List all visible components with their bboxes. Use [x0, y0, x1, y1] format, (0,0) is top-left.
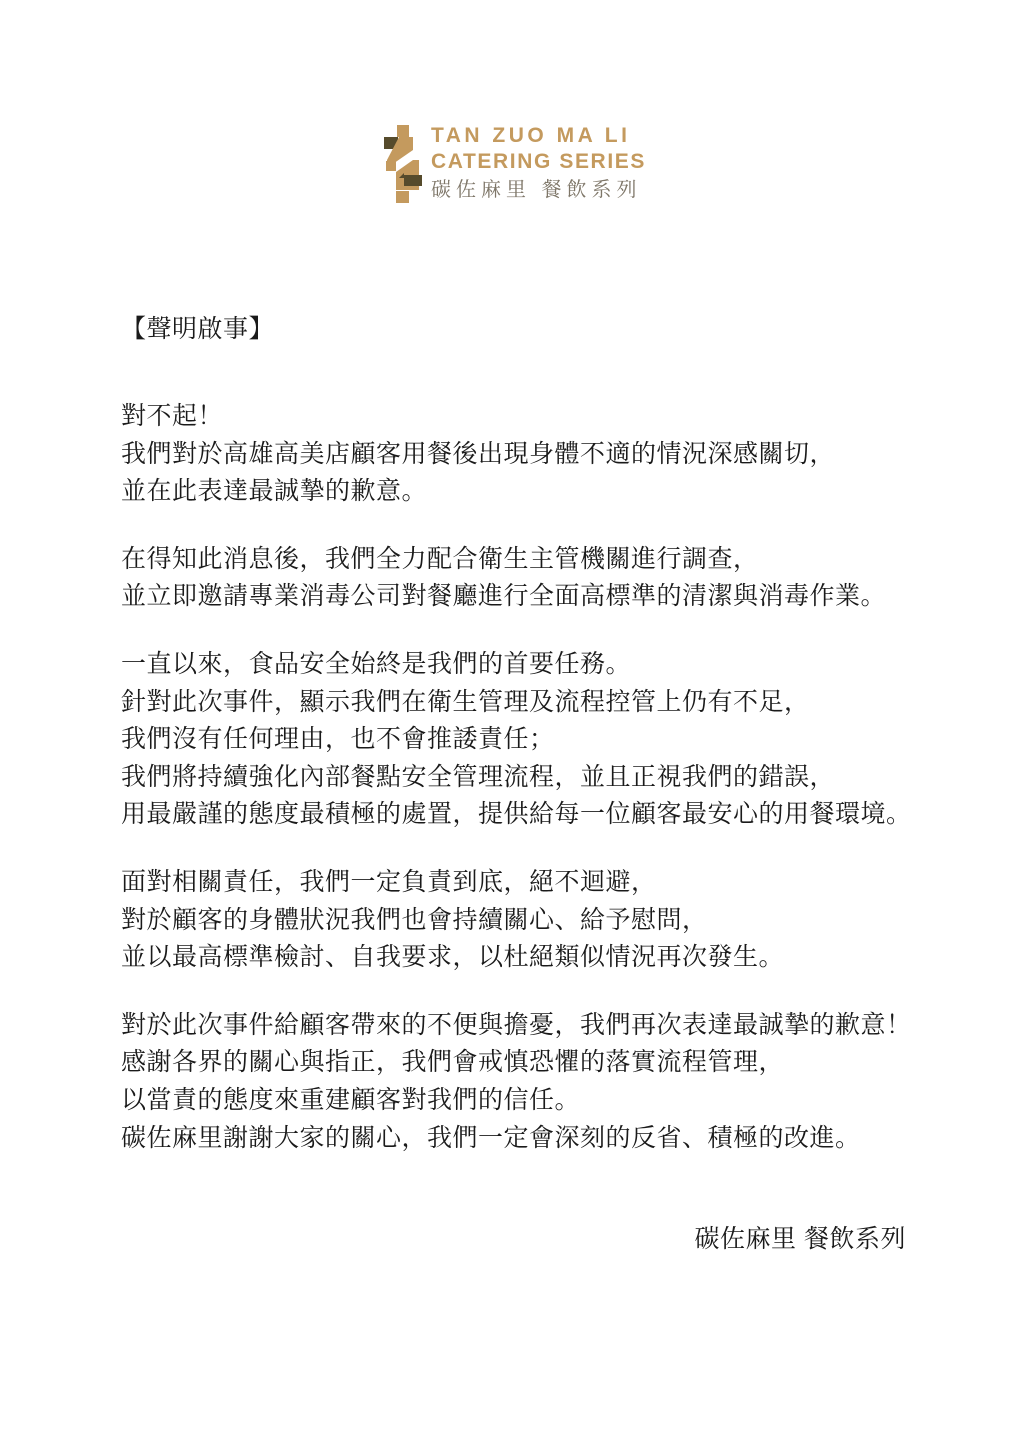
- brand-series-en: CATERING SERIES: [431, 149, 646, 175]
- brand-name-zh: 碳佐麻里 餐飲系列: [431, 177, 646, 204]
- charcoal-mosaic-lightning-icon: [377, 120, 423, 210]
- signature: 碳佐麻里 餐飲系列: [695, 1221, 906, 1259]
- statement-paragraph-apology: 對不起！ 我們對於高雄高美店顧客用餐後出現身體不適的情況深感關切， 並在此表達最…: [121, 398, 933, 511]
- statement-title: 【聲明啟事】: [121, 311, 274, 349]
- statement-paragraph-investigation: 在得知此消息後，我們全力配合衛生主管機關進行調查， 並立即邀請專業消毒公司對餐廳…: [121, 541, 933, 616]
- statement-paragraph-closing: 對於此次事件給顧客帶來的不便與擔憂，我們再次表達最誠摯的歉意！ 感謝各界的關心與…: [121, 1007, 933, 1157]
- statement-page: TAN ZUO MA LI CATERING SERIES 碳佐麻里 餐飲系列 …: [0, 0, 1024, 1448]
- brand-name-en: TAN ZUO MA LI: [431, 123, 646, 149]
- statement-body: 對不起！ 我們對於高雄高美店顧客用餐後出現身體不適的情況深感關切， 並在此表達最…: [121, 398, 933, 1187]
- statement-paragraph-responsibility: 面對相關責任，我們一定負責到底，絕不迴避， 對於顧客的身體狀況我們也會持續關心、…: [121, 864, 933, 977]
- brand-logo-text: TAN ZUO MA LI CATERING SERIES 碳佐麻里 餐飲系列: [431, 123, 646, 204]
- statement-paragraph-food-safety: 一直以來，食品安全始終是我們的首要任務。 針對此次事件，顯示我們在衛生管理及流程…: [121, 646, 933, 834]
